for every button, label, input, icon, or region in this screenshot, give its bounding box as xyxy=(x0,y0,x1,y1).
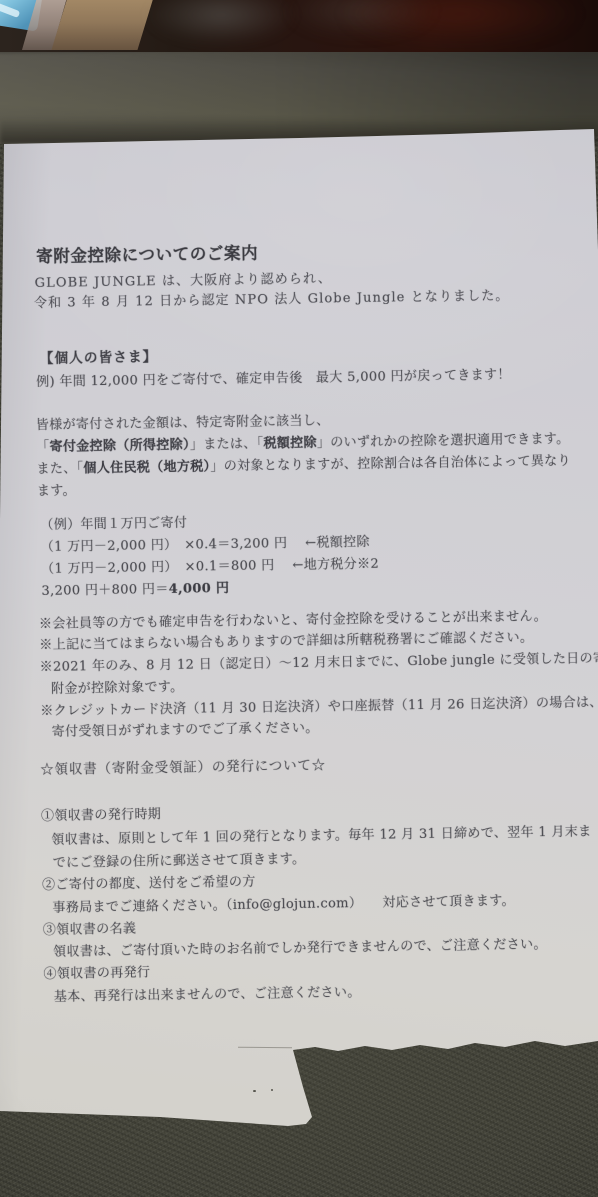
receipt-item-body: でにご登録の住所に郵送させて頂きます。 xyxy=(53,848,306,871)
photo-scene: 寄附金控除についてのご案内 GLOBE JUNGLE は、大阪府より認められ、 … xyxy=(0,0,598,1197)
wood-strip xyxy=(51,0,154,50)
receipt-heading: ☆領収書（寄附金受領証）の発行について☆ xyxy=(40,754,326,778)
receipt-item-body: 基本、再発行は出来ませんので、ご注意ください。 xyxy=(54,981,361,1005)
bold-term: 寄付金控除（所得控除） xyxy=(49,438,190,455)
bold-term: 税額控除 xyxy=(263,436,317,452)
receipt-item-body: 領収書は、原則として年 1 回の発行となります。毎年 12 月 31 日締めで、… xyxy=(51,820,591,847)
calc-line: （1 万円－2,000 円） ×0.1＝800 円 ←地方税分※2 xyxy=(41,553,379,577)
receipt-item-body: 領収書は、ご寄付頂いた時のお名前でしか発行できませんので、ご注意ください。 xyxy=(53,933,547,960)
top-shadow-strip xyxy=(0,0,598,52)
paper-sheet: 寄附金控除についてのご案内 GLOBE JUNGLE は、大阪府より認められ、 … xyxy=(0,0,598,1197)
maroon-glow xyxy=(340,0,580,46)
text-segment: また、「 xyxy=(36,461,83,477)
calc-total-line: 3,200 円＋800 円＝4,000 円 xyxy=(41,577,229,599)
calc-line: （1 万円－2,000 円） ×0.4＝3,200 円 ←税額控除 xyxy=(41,531,370,555)
text-segment: 」または、「 xyxy=(190,436,264,452)
receipt-item-label: ②ご寄付の都度、送付をご希望の方 xyxy=(42,871,256,893)
text-segment: 」のいずれかの控除を選択適用できます。 xyxy=(317,432,570,451)
body-line: ます。 xyxy=(37,479,76,499)
calc-heading: （例）年間１万円ご寄付 xyxy=(40,512,187,533)
section-heading-individual: 【個人の皆さま】 xyxy=(40,345,158,367)
text-segment: 」の対象となりますが、控除割合は各自治体によって異なり xyxy=(210,454,571,475)
text-segment: 「 xyxy=(36,440,50,455)
example-line: 例) 年間 12,000 円をご寄付で、確定申告後 最大 5,000 円が戻って… xyxy=(36,364,511,390)
receipt-item-body: 事務局までご連絡ください。（info@glojun.com） 対応させて頂きます… xyxy=(52,890,515,916)
note-line: 寄付受領日がずれますのでご了承ください。 xyxy=(52,717,319,740)
bold-term: 個人住民税（地方税） xyxy=(83,459,210,476)
blue-object-highlight xyxy=(0,2,20,18)
shadow-blob-left xyxy=(146,0,296,44)
text-segment: 3,200 円＋800 円＝ xyxy=(41,582,168,599)
receipt-item-label: ③領収書の名義 xyxy=(43,918,137,938)
receipt-item-label: ①領収書の発行時期 xyxy=(41,803,161,824)
body-line: 皆様が寄付された金額は、特定寄附金に該当し、 xyxy=(36,409,330,433)
calc-total-value: 4,000 円 xyxy=(169,581,230,597)
doc-title: 寄附金控除についてのご案内 xyxy=(36,240,258,267)
note-line: 附金が控除対象です。 xyxy=(51,676,184,697)
document-page: 寄附金控除についてのご案内 GLOBE JUNGLE は、大阪府より認められ、 … xyxy=(0,0,598,1197)
receipt-item-label: ④領収書の再発行 xyxy=(43,961,150,982)
